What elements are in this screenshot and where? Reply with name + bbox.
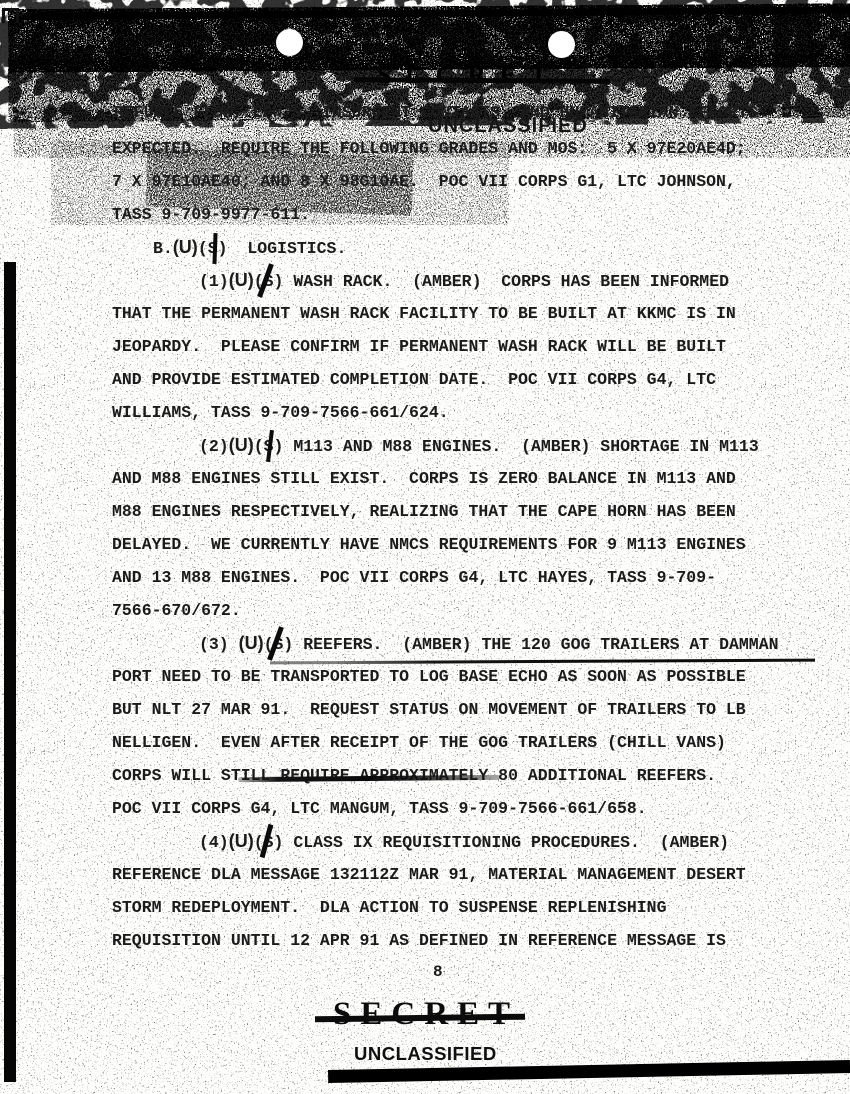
document-line: JEOPARDY. PLEASE CONFIRM IF PERMANENT WA…: [112, 330, 832, 363]
document-line: NELLIGEN. EVEN AFTER RECEIPT OF THE GOG …: [112, 726, 832, 759]
s-classification: (S): [198, 232, 228, 265]
document-line: WILLIAMS, TASS 9-709-7566-661/624.: [112, 396, 832, 429]
heading-text: CLASS IX REQUISITIONING PROCEDURES. (AMB…: [283, 833, 729, 852]
section-label: (3): [199, 635, 239, 654]
hole-punch: [276, 29, 303, 56]
document-line: DELAYED. WE CURRENTLY HAVE NMCS REQUIREM…: [112, 528, 832, 561]
document-title-line: REFUGEE FLOW, EPW'S, INSURGENT CONTACTS,…: [114, 103, 758, 122]
s-classification: (S): [254, 430, 284, 463]
document-line: 7566-670/672.: [112, 594, 832, 627]
section-heading-line: (1)(U)(S) WASH RACK. (AMBER) CORPS HAS B…: [112, 264, 832, 297]
classification-header: SECRET: [377, 62, 561, 90]
s-classification: (S): [264, 628, 294, 661]
document-line: AND PROVIDE ESTIMATED COMPLETION DATE. P…: [112, 363, 832, 396]
document-line: EXPECTED. REQUIRE THE FOLLOWING GRADES A…: [112, 132, 832, 165]
section-label: (1): [199, 272, 229, 291]
scan-edge-bar-top: [24, 7, 850, 20]
u-classification-stamp: (U): [229, 831, 254, 851]
document-line: M88 ENGINES RESPECTIVELY, REALIZING THAT…: [112, 495, 832, 528]
document-line: STORM REDEPLOYMENT. DLA ACTION TO SUSPEN…: [112, 891, 832, 924]
heading-text: M113 AND M88 ENGINES. (AMBER) SHORTAGE I…: [283, 437, 758, 456]
document-line: AND M88 ENGINES STILL EXIST. CORPS IS ZE…: [112, 462, 832, 495]
page-number: 8: [433, 963, 443, 981]
s-classification: (S): [254, 265, 284, 298]
redaction-slash-icon: [212, 233, 217, 264]
document-body: EXPECTED. REQUIRE THE FOLLOWING GRADES A…: [112, 132, 832, 957]
section-heading-line: (3) (U)(S) REEFERS. (AMBER) THE 120 GOG …: [112, 627, 832, 660]
corner-registration-mark: [2, 8, 19, 23]
u-classification-stamp: (U): [229, 435, 254, 455]
hole-punch: [548, 31, 575, 58]
heading-text: REEFERS. (AMBER) THE 120 GOG TRAILERS AT…: [293, 635, 778, 654]
document-line: PORT NEED TO BE TRANSPORTED TO LOG BASE …: [112, 660, 832, 693]
section-heading-line: B.(U)(S) LOGISTICS.: [112, 231, 832, 264]
u-classification-stamp: (U): [173, 237, 198, 257]
s-classification: (S): [254, 826, 284, 859]
unclassified-stamp-bottom: UNCLASSIFIED: [354, 1043, 497, 1065]
u-classification-stamp: (U): [239, 633, 264, 653]
document-line: REFERENCE DLA MESSAGE 132112Z MAR 91, MA…: [112, 858, 832, 891]
scan-edge-bar-left: [4, 262, 16, 1082]
section-heading-line: (2)(U)(S) M113 AND M88 ENGINES. (AMBER) …: [112, 429, 832, 462]
u-classification-stamp: (U): [229, 270, 254, 290]
section-heading-line: (4)(U)(S) CLASS IX REQUISITIONING PROCED…: [112, 825, 832, 858]
heading-text: WASH RACK. (AMBER) CORPS HAS BEEN INFORM…: [283, 272, 729, 291]
section-label: (4): [199, 833, 229, 852]
document-line: THAT THE PERMANENT WASH RACK FACILITY TO…: [112, 297, 832, 330]
document-line: BUT NLT 27 MAR 91. REQUEST STATUS ON MOV…: [112, 693, 832, 726]
document-line: REQUISITION UNTIL 12 APR 91 AS DEFINED I…: [112, 924, 832, 957]
document-line: AND 13 M88 ENGINES. POC VII CORPS G4, LT…: [112, 561, 832, 594]
section-label: (2): [199, 437, 229, 456]
heading-text: LOGISTICS.: [228, 239, 347, 258]
scanned-document-page: SECRET: [0, 0, 850, 1094]
document-line: 7 X 97E10AE40; AND 8 X 98G10AE. POC VII …: [112, 165, 832, 198]
section-label: B.: [153, 239, 173, 258]
document-line: POC VII CORPS G4, LTC MANGUM, TASS 9-709…: [112, 792, 832, 825]
document-line: TASS 9-709-9977-611.: [112, 198, 832, 231]
